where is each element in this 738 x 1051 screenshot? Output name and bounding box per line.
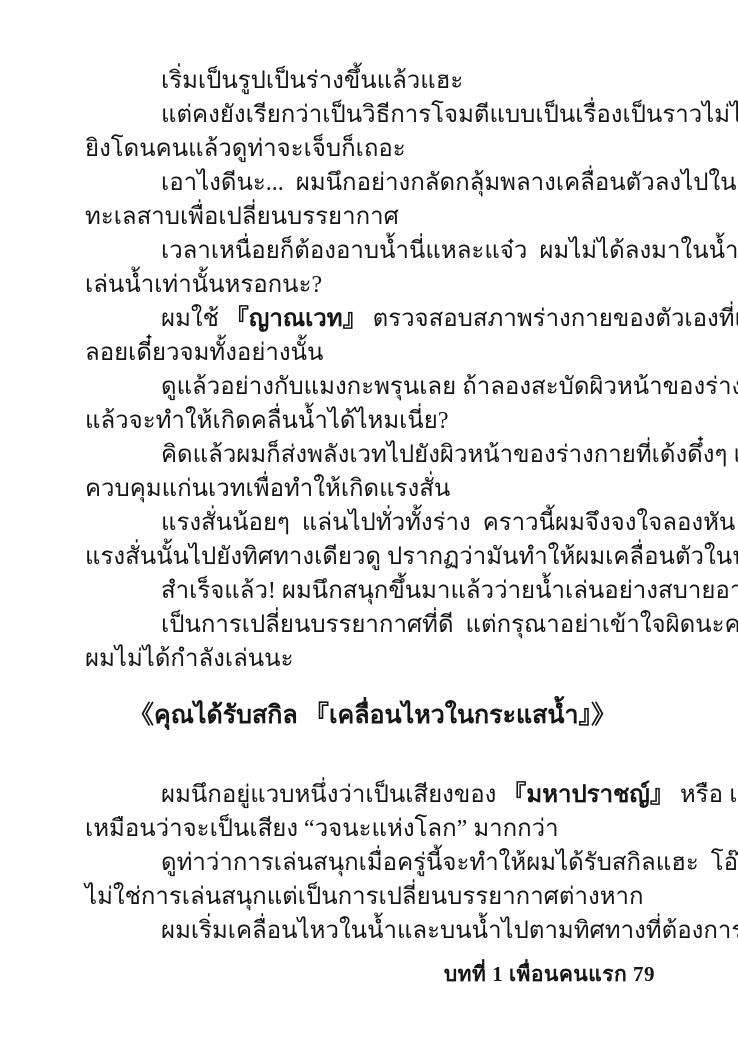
text-segment: ดูท่าว่าการเล่นสนุกเมื่อครู่นี้จะทำให้ผม…	[161, 850, 738, 876]
text-line: เริ่มเป็นรูปเป็นร่างขึ้นแล้วแฮะ	[85, 64, 660, 98]
text-segment: 《คุณได้รับสกิล 『เคลื่อนไหวในกระแสน้ำ』》	[129, 702, 616, 729]
text-segment: ไม่ใช่การเล่นสนุกแต่เป็นการเปลี่ยนบรรยาก…	[85, 884, 644, 910]
text-segment: เริ่มเป็นรูปเป็นร่างขึ้นแล้วแฮะ	[161, 68, 463, 94]
text-line: เล่นน้ำเท่านั้นหรอกนะ?	[85, 268, 660, 302]
text-line: ยิงโดนคนแล้วดูท่าจะเจ็บก็เถอะ	[85, 132, 660, 166]
text-segment: ตรวจสอบสภาพร่างกายของตัวเองที่เดี๋ยว	[367, 306, 738, 332]
text-segment: สำเร็จแล้ว! ผมนึกสนุกขึ้นมาแล้วว่ายน้ำเล…	[161, 578, 738, 604]
text-segment: เวลาเหนื่อยก็ต้องอาบน้ำนี่แหละแจ๋ว ผมไม่…	[161, 238, 738, 264]
book-page: เริ่มเป็นรูปเป็นร่างขึ้นแล้วแฮะแต่คงยังเ…	[0, 0, 738, 1051]
text-line: สำเร็จแล้ว! ผมนึกสนุกขึ้นมาแล้วว่ายน้ำเล…	[85, 574, 660, 608]
text-line: ผมนึกอยู่แวบหนึ่งว่าเป็นเสียงของ 『มหาปรา…	[85, 778, 660, 812]
text-segment: แล้วจะทำให้เกิดคลื่นน้ำได้ไหมเนี่ย?	[85, 408, 449, 434]
text-segment: เป็นการเปลี่ยนบรรยากาศที่ดี แต่กรุณาอย่า…	[161, 612, 738, 638]
text-line: คิดแล้วผมก็ส่งพลังเวทไปยังผิวหน้าของร่าง…	[85, 438, 660, 472]
skill-name-emphasis: 『ญาณเวท』	[225, 306, 367, 332]
text-segment: ยิงโดนคนแล้วดูท่าจะเจ็บก็เถอะ	[85, 136, 406, 162]
text-segment: หรือ แต่ดู	[674, 782, 738, 808]
text-segment: ผมไม่ได้กำลังเล่นนะ	[85, 646, 293, 672]
text-segment: ดูแล้วอย่างกับแมงกะพรุนเลย ถ้าลองสะบัดผิ…	[161, 374, 738, 400]
text-line: แล้วจะทำให้เกิดคลื่นน้ำได้ไหมเนี่ย?	[85, 404, 660, 438]
text-segment: คิดแล้วผมก็ส่งพลังเวทไปยังผิวหน้าของร่าง…	[161, 442, 738, 468]
skill-notice-heading: 《คุณได้รับสกิล 『เคลื่อนไหวในกระแสน้ำ』》	[85, 694, 660, 738]
text-segment: เอาไงดีนะ... ผมนึกอย่างกลัดกลุ้มพลางเคลื…	[161, 170, 737, 196]
text-segment: ผมนึกอยู่แวบหนึ่งว่าเป็นเสียงของ	[161, 782, 502, 808]
text-segment: ทะเลสาบเพื่อเปลี่ยนบรรยากาศ	[85, 204, 399, 230]
text-line: ควบคุมแก่นเวทเพื่อทำให้เกิดแรงสั่น	[85, 472, 660, 506]
text-line: ผมไม่ได้กำลังเล่นนะ	[85, 642, 660, 676]
text-line: เวลาเหนื่อยก็ต้องอาบน้ำนี่แหละแจ๋ว ผมไม่…	[85, 234, 660, 268]
text-line: ดูท่าว่าการเล่นสนุกเมื่อครู่นี้จะทำให้ผม…	[85, 846, 660, 880]
text-line: แต่คงยังเรียกว่าเป็นวิธีการโจมตีแบบเป็นเ…	[85, 98, 660, 132]
text-segment: ลอยเดี๋ยวจมทั้งอย่างนั้น	[85, 340, 323, 366]
text-segment: เล่นน้ำเท่านั้นหรอกนะ?	[85, 272, 322, 298]
text-segment: แรงสั่นนั้นไปยังทิศทางเดียวดู ปรากฏว่ามั…	[85, 544, 738, 570]
text-line: เอาไงดีนะ... ผมนึกอย่างกลัดกลุ้มพลางเคลื…	[85, 166, 660, 200]
text-line: แรงสั่นนั้นไปยังทิศทางเดียวดู ปรากฏว่ามั…	[85, 540, 660, 574]
text-line: แรงสั่นน้อยๆ แล่นไปทั่วทั้งร่าง คราวนี้ผ…	[85, 506, 660, 540]
skill-name-emphasis: 『มหาปราชญ์』	[502, 782, 673, 808]
text-line: เหมือนว่าจะเป็นเสียง “วจนะแห่งโลก” มากกว…	[85, 812, 660, 846]
text-segment: ผมใช้	[161, 306, 225, 332]
text-line: ไม่ใช่การเล่นสนุกแต่เป็นการเปลี่ยนบรรยาก…	[85, 880, 660, 914]
page-body-text: เริ่มเป็นรูปเป็นร่างขึ้นแล้วแฮะแต่คงยังเ…	[85, 64, 660, 948]
text-line: ผมเริ่มเคลื่อนไหวในน้ำและบนน้ำไปตามทิศทา…	[85, 914, 660, 948]
text-line: ลอยเดี๋ยวจมทั้งอย่างนั้น	[85, 336, 660, 370]
text-line: เป็นการเปลี่ยนบรรยากาศที่ดี แต่กรุณาอย่า…	[85, 608, 660, 642]
page-footer: บทที่ 1 เพื่อนคนแรก 79	[444, 958, 655, 991]
text-segment: ผมเริ่มเคลื่อนไหวในน้ำและบนน้ำไปตามทิศทา…	[161, 918, 738, 944]
text-segment: แต่คงยังเรียกว่าเป็นวิธีการโจมตีแบบเป็นเ…	[161, 102, 738, 128]
text-segment: ควบคุมแก่นเวทเพื่อทำให้เกิดแรงสั่น	[85, 476, 450, 502]
text-line: ทะเลสาบเพื่อเปลี่ยนบรรยากาศ	[85, 200, 660, 234]
text-line: ดูแล้วอย่างกับแมงกะพรุนเลย ถ้าลองสะบัดผิ…	[85, 370, 660, 404]
text-line: ผมใช้ 『ญาณเวท』 ตรวจสอบสภาพร่างกายของตัวเ…	[85, 302, 660, 336]
text-segment: เหมือนว่าจะเป็นเสียง “วจนะแห่งโลก” มากกว…	[85, 816, 559, 842]
text-segment: แรงสั่นน้อยๆ แล่นไปทั่วทั้งร่าง คราวนี้ผ…	[161, 510, 735, 536]
